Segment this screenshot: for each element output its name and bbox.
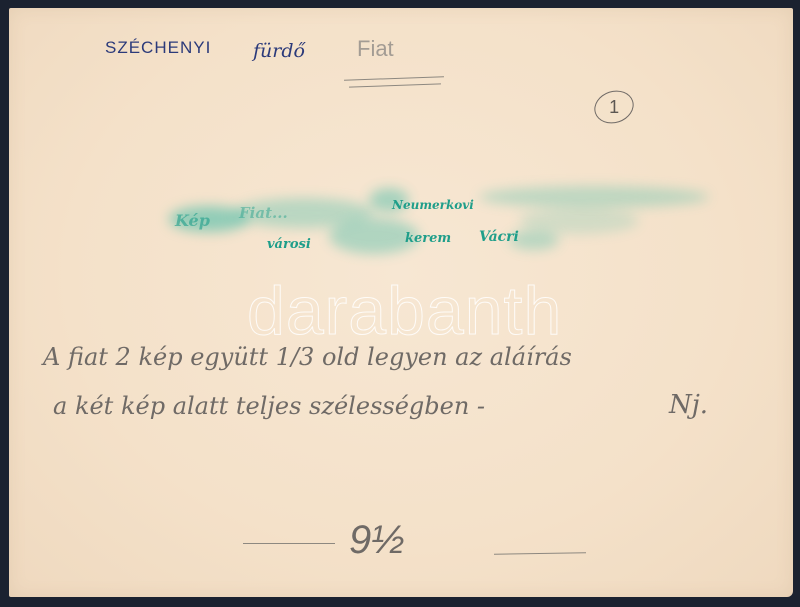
fiat-underline-2 (349, 83, 441, 87)
photo-back-paper: SZÉCHENYI fürdő Fiat 1 Kép Fiat... Neume… (9, 8, 793, 597)
size-mark: 9½ (349, 518, 405, 563)
pencil-initials: Nj. (669, 390, 708, 420)
green-note-smudged-word: Fiat... (239, 204, 288, 222)
header-word-fiat: Fiat (357, 36, 394, 62)
fiat-underline (344, 76, 444, 80)
green-note-name: Neumerkovi (392, 198, 474, 212)
green-note-kerem: kerem (405, 231, 451, 246)
green-note-word-kep: Kép (175, 211, 210, 230)
page-number: 1 (609, 97, 619, 118)
pencil-note-line-1: A fiat 2 kép együtt 1/3 old legyen az al… (43, 343, 572, 371)
green-note-varosi: városi (267, 237, 311, 252)
header-word-furdo: fürdő (253, 40, 305, 62)
header-place: SZÉCHENYI (105, 38, 211, 58)
footer-dash-right (494, 552, 586, 555)
pencil-note-line-2: a két kép alatt teljes szélességben - (53, 392, 485, 420)
green-note-vacri: Vácri (479, 229, 519, 245)
circled-page-number: 1 (590, 86, 638, 129)
watermark: darabanth (247, 272, 562, 350)
footer-dash-left (243, 543, 335, 544)
